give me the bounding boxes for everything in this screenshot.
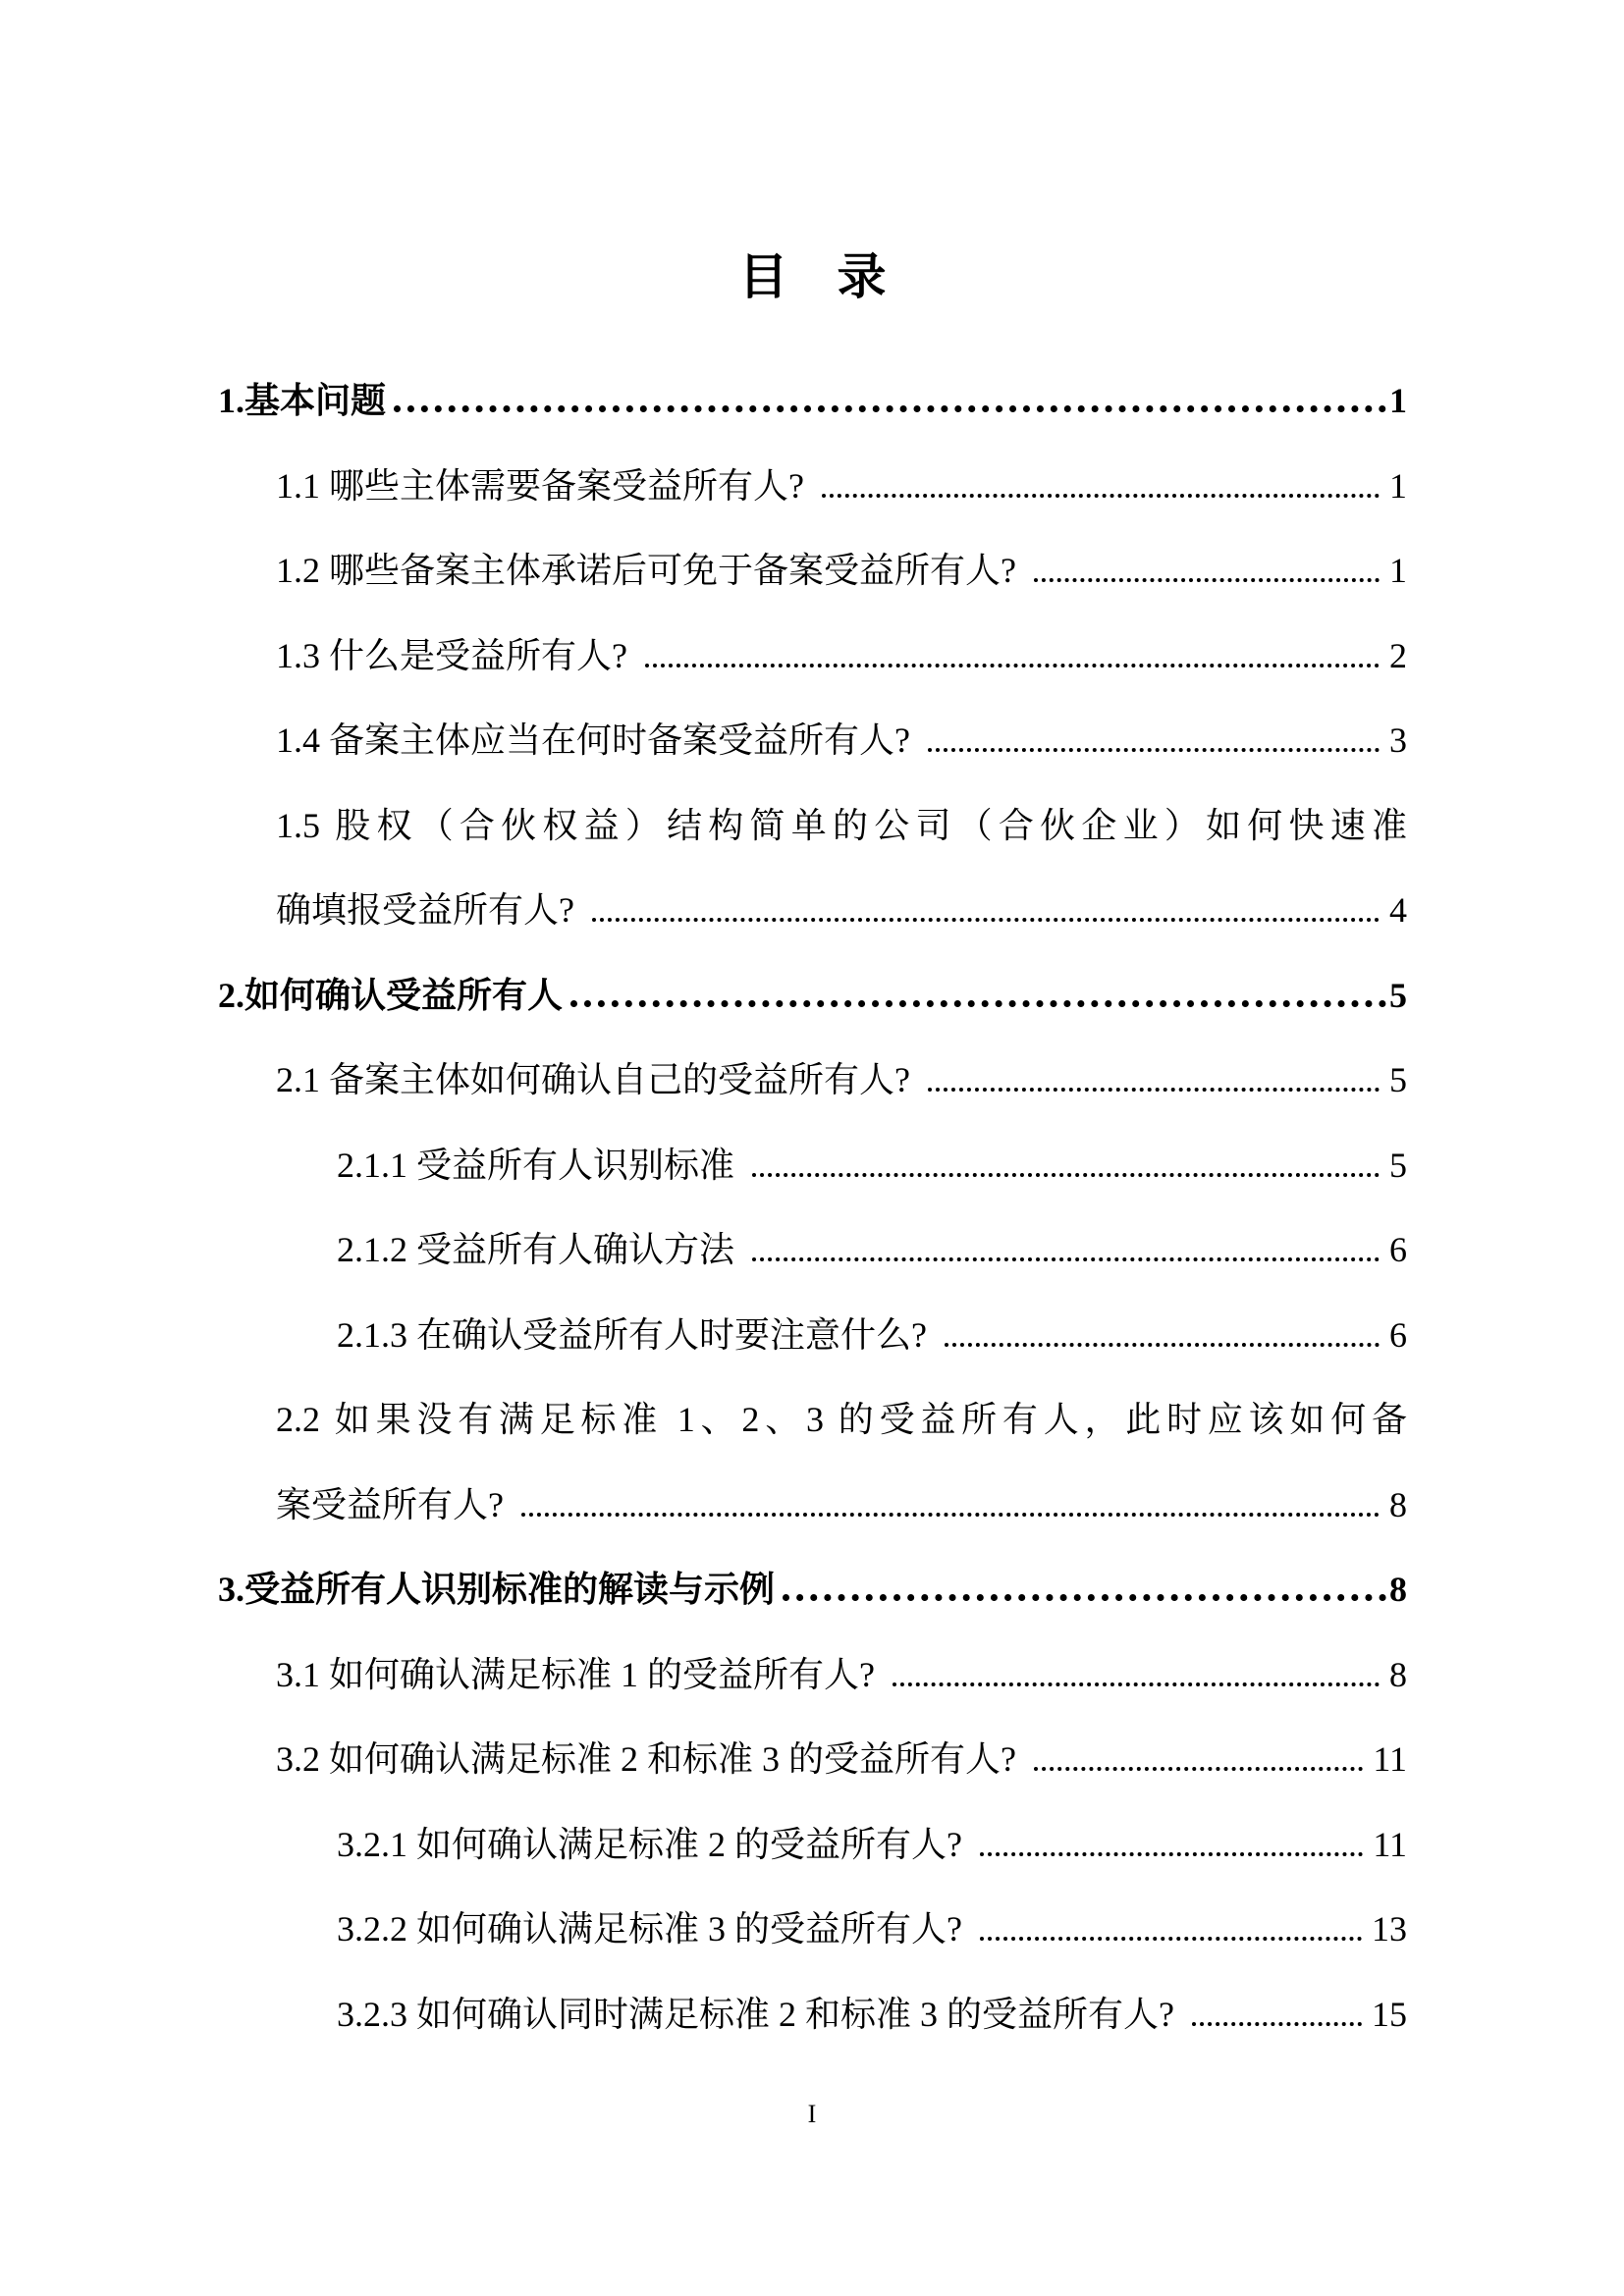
dot-leader-line (592, 918, 1380, 922)
toc-entry[interactable]: 1.5 股权（合伙权益）结构简单的公司（合伙企业）如何快速准 确填报受益所有人?… (276, 806, 1407, 976)
toc-entry-page-number: 5 (1389, 1060, 1407, 1099)
dot-leader-line (928, 748, 1380, 752)
toc-entry-label: 1.2 哪些备案主体承诺后可免于备案受益所有人? (276, 551, 1016, 590)
toc-entry-page-number: 5 (1389, 976, 1407, 1015)
toc-entry[interactable]: 3.1 如何确认满足标准 1 的受益所有人? 8 (276, 1655, 1407, 1740)
dot-leader-line (1192, 2022, 1362, 2026)
toc-entry-page-number: 2 (1389, 636, 1407, 675)
toc-entry[interactable]: 2.1 备案主体如何确认自己的受益所有人? 5 (276, 1060, 1407, 1146)
toc-entry-page-number: 6 (1389, 1315, 1407, 1355)
dot-leader-line (928, 1088, 1380, 1092)
toc-entry-label: 2.如何确认受益所有人 (218, 976, 563, 1015)
toc-entry-second-line: 确填报受益所有人? 4 (276, 890, 1407, 976)
dot-leader-line (980, 1852, 1363, 1856)
dot-leader-line (394, 405, 1386, 412)
toc-entry-label-line1: 1.5 股权（合伙权益）结构简单的公司（合伙企业）如何快速准 (276, 806, 1407, 891)
toc-entry[interactable]: 1.2 哪些备案主体承诺后可免于备案受益所有人? 1 (276, 551, 1407, 636)
toc-entry-label-line1: 2.2 如果没有满足标准 1、2、3 的受益所有人，此时应该如何备 (276, 1400, 1407, 1485)
toc-entry-label: 3.受益所有人识别标准的解读与示例 (218, 1570, 775, 1609)
dot-leader-line (521, 1513, 1380, 1517)
toc-entry-label: 3.2.2 如何确认满足标准 3 的受益所有人? (337, 1909, 962, 1949)
page-title: 目 录 (218, 251, 1407, 302)
toc-entry-page-number: 13 (1372, 1909, 1407, 1949)
toc-entry-page-number: 1 (1389, 381, 1407, 420)
toc-entry-label: 2.1.3 在确认受益所有人时要注意什么? (337, 1315, 927, 1355)
toc-entry-page-number: 8 (1389, 1655, 1407, 1694)
toc-entry[interactable]: 1.4 备案主体应当在何时备案受益所有人? 3 (276, 721, 1407, 806)
toc-entry-second-line: 案受益所有人? 8 (276, 1485, 1407, 1571)
toc-entry-label-line2: 案受益所有人? (276, 1485, 504, 1524)
dot-leader-line (945, 1343, 1380, 1347)
toc-entry[interactable]: 1.1 哪些主体需要备案受益所有人? 1 (276, 466, 1407, 552)
toc-entry-label: 3.2.1 如何确认满足标准 2 的受益所有人? (337, 1825, 962, 1864)
dot-leader-line (1034, 578, 1380, 582)
toc-entry-label: 1.3 什么是受益所有人? (276, 636, 627, 675)
toc-entry[interactable]: 2.1.3 在确认受益所有人时要注意什么? 6 (337, 1315, 1407, 1401)
page-number-footer: I (0, 2101, 1624, 2128)
dot-leader-line (1034, 1767, 1363, 1771)
toc-list: 1.基本问题 1 1.1 哪些主体需要备案受益所有人? 1 1.2 哪些备案主体… (218, 381, 1407, 2079)
toc-entry-page-number: 6 (1389, 1230, 1407, 1269)
toc-entry-label: 2.1 备案主体如何确认自己的受益所有人? (276, 1060, 910, 1099)
toc-entry-page-number: 3 (1389, 721, 1407, 760)
dot-leader-line (980, 1937, 1362, 1941)
toc-entry-page-number: 11 (1373, 1825, 1407, 1864)
toc-entry[interactable]: 3.2.2 如何确认满足标准 3 的受益所有人? 13 (337, 1909, 1407, 1995)
toc-entry[interactable]: 1.3 什么是受益所有人? 2 (276, 636, 1407, 721)
toc-entry-page-number: 8 (1389, 1570, 1407, 1609)
toc-entry[interactable]: 2.1.2 受益所有人确认方法 6 (337, 1230, 1407, 1315)
toc-entry[interactable]: 2.2 如果没有满足标准 1、2、3 的受益所有人，此时应该如何备 案受益所有人… (276, 1400, 1407, 1570)
toc-entry[interactable]: 2.1.1 受益所有人识别标准 5 (337, 1146, 1407, 1231)
toc-entry-label: 2.1.2 受益所有人确认方法 (337, 1230, 734, 1269)
toc-entry-page-number: 15 (1372, 1995, 1407, 2034)
toc-entry-page-number: 1 (1389, 466, 1407, 506)
toc-entry[interactable]: 3.受益所有人识别标准的解读与示例 8 (218, 1570, 1407, 1655)
toc-entry-page-number: 5 (1389, 1146, 1407, 1185)
toc-page: 目 录 1.基本问题 1 1.1 哪些主体需要备案受益所有人? 1 1.2 哪些… (0, 0, 1624, 2296)
toc-entry[interactable]: 3.2.1 如何确认满足标准 2 的受益所有人? 11 (337, 1825, 1407, 1910)
toc-entry-label-line2: 确填报受益所有人? (276, 890, 574, 930)
dot-leader-line (893, 1682, 1380, 1686)
toc-entry[interactable]: 2.如何确认受益所有人 5 (218, 976, 1407, 1061)
toc-entry-page-number: 1 (1389, 551, 1407, 590)
toc-entry-label: 3.2 如何确认满足标准 2 和标准 3 的受益所有人? (276, 1739, 1016, 1779)
dot-leader-line (645, 664, 1380, 667)
toc-entry-label: 2.1.1 受益所有人识别标准 (337, 1146, 734, 1185)
toc-entry[interactable]: 3.2.3 如何确认同时满足标准 2 和标准 3 的受益所有人? 15 (337, 1995, 1407, 2080)
toc-entry-page-number: 4 (1389, 890, 1407, 930)
toc-entry-label: 3.2.3 如何确认同时满足标准 2 和标准 3 的受益所有人? (337, 1995, 1174, 2034)
toc-entry-page-number: 11 (1373, 1739, 1407, 1779)
dot-leader-line (783, 1594, 1386, 1601)
toc-entry-label: 1.1 哪些主体需要备案受益所有人? (276, 466, 804, 506)
dot-leader-line (752, 1173, 1380, 1177)
toc-entry-label: 3.1 如何确认满足标准 1 的受益所有人? (276, 1655, 875, 1694)
toc-entry[interactable]: 3.2 如何确认满足标准 2 和标准 3 的受益所有人? 11 (276, 1739, 1407, 1825)
dot-leader-line (822, 494, 1380, 498)
dot-leader-line (570, 1000, 1386, 1007)
toc-entry[interactable]: 1.基本问题 1 (218, 381, 1407, 466)
toc-entry-page-number: 8 (1389, 1485, 1407, 1524)
toc-entry-label: 1.基本问题 (218, 381, 386, 420)
toc-entry-label: 1.4 备案主体应当在何时备案受益所有人? (276, 721, 910, 760)
dot-leader-line (752, 1257, 1380, 1261)
